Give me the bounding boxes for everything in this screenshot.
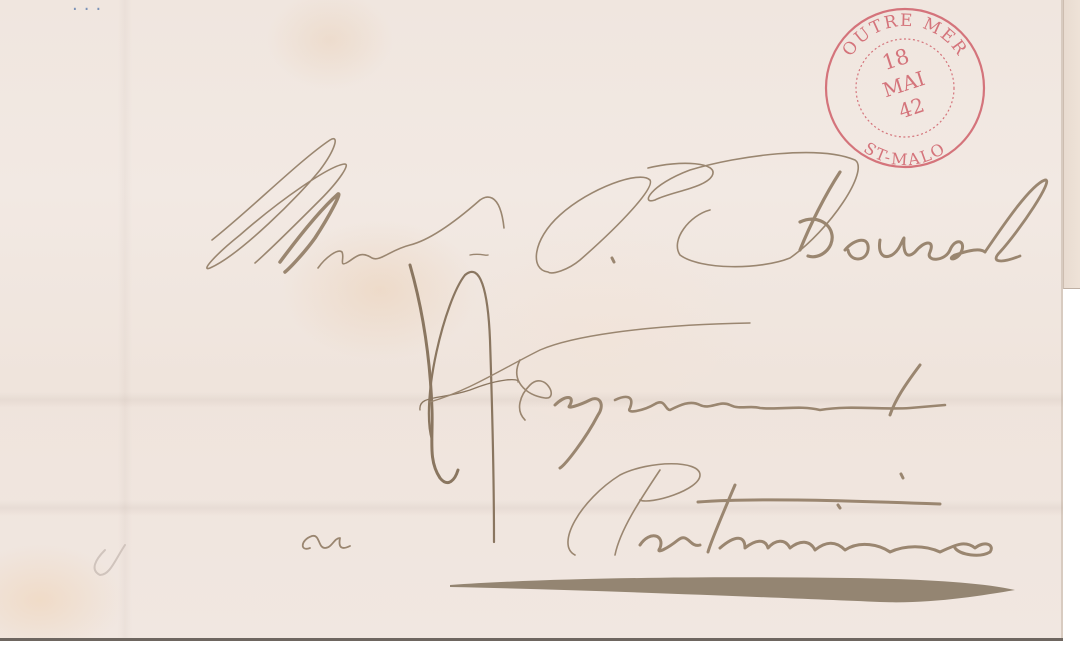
postmark-stamp: OUTRE MER ST-MALO 18 MAI 42: [826, 9, 984, 169]
svg-text:ST-MALO: ST-MALO: [861, 138, 950, 169]
postmark-bottom-text: ST-MALO: [861, 138, 950, 169]
handwriting-monsieur: [207, 139, 504, 272]
handwriting-surname: [648, 153, 1047, 267]
postage-due-mark: [410, 265, 518, 542]
underline-flourish: [450, 577, 1015, 602]
letter-markings: OUTRE MER ST-MALO 18 MAI 42: [0, 0, 1080, 654]
handwriting-occupation: [430, 323, 945, 468]
pencil-mark: [95, 545, 125, 575]
handwriting-preposition: [303, 536, 350, 549]
handwriting-initial: [536, 177, 650, 273]
handwriting-town: [568, 464, 991, 555]
